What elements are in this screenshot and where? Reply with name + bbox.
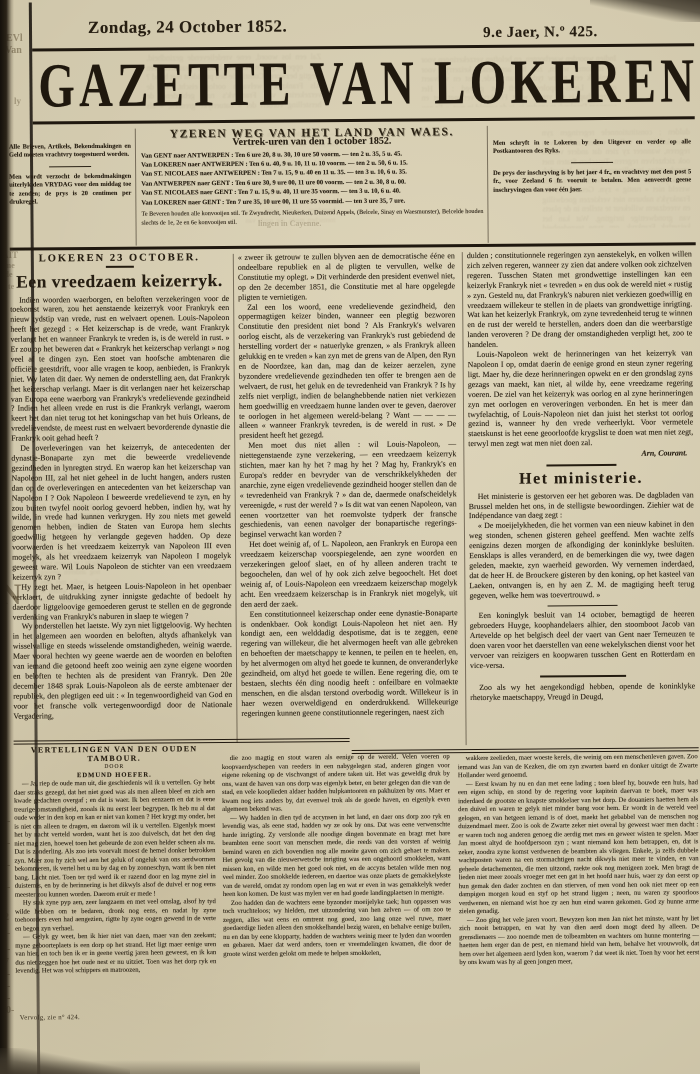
article-paragraph: Hy zegt het. Maer, is hetgeen Louis-Napo… [12, 581, 231, 622]
feuilleton-body: — Ja, riep de oude man uit, die geschied… [14, 779, 217, 976]
continuation-note: Vervolg, zie n° 424. [20, 1014, 80, 1021]
vertical-rule [135, 129, 137, 246]
ministry-body: Het ministerie is gestorven eer het gebo… [469, 490, 695, 601]
page-left-edge-shadow [0, 0, 14, 1074]
story-paragraph: — Zoo ging het vele jaren voort. Bewyzen… [459, 915, 699, 968]
railway-stops-note: Te Beveren houden alle konvooijen stil. … [141, 208, 483, 228]
section-divider [547, 604, 617, 606]
column-rule [232, 254, 237, 743]
article-headline: Een vreedzaem keizerryk. [10, 270, 229, 291]
article-paragraph: « De moeijelykheden, die het vormen van … [469, 520, 695, 601]
price-notice: De prys der inschryving is by het jaer 4… [493, 168, 691, 194]
railway-schedule: Van GENT naer ANTWERPEN : Ten 6 ure 20, … [141, 149, 483, 208]
announcement-paragraph: Zoo als wy het aengekondigd hebben, open… [470, 681, 695, 703]
masthead-left-block: Alle Brieven, Artikels, Bekendmakingen e… [9, 129, 132, 209]
feuilleton-body: wakkere zeelieden, maer woeste kerels, d… [458, 753, 700, 967]
article-body: « zweer ik getrouw te zullen blyven aen … [238, 251, 459, 718]
source-attribution: Arn, Courant. [468, 448, 693, 460]
advertising-notice: Men wordt verzocht de bekendmakingen uit… [9, 173, 131, 207]
article-paragraph: Louis-Napoleon wekt de herinneringen van… [468, 348, 694, 449]
feuilleton-column-1: VERTELLINGEN VAN DEN OUDEN TAMBOUR. DOOR… [14, 745, 217, 1011]
page-bottom-edge-shadow [0, 1060, 420, 1074]
feuilleton-body: die zoo magtig en stout waren als eenige… [222, 753, 452, 959]
article-paragraph: dulden ; constitutionnele regeringen zyn… [467, 249, 693, 350]
lead-column-1: LOKEREN 23 OCTOBER. Een vreedzaem keizer… [10, 253, 233, 747]
article-body: Indien woorden waerborgen, en beloften v… [10, 293, 232, 721]
story-paragraph: die zoo magtig en stout waren als eenige… [222, 753, 450, 814]
masthead-railway-block: YZEREN WEG VAN HET LAND VAN WAES. Vertre… [141, 126, 484, 228]
article-paragraph: Men moet dus niet allen : wil Louis-Napo… [239, 439, 457, 540]
article-paragraph: Zal een los woord, eene vredelievende ge… [238, 301, 456, 441]
article-paragraph: Indien woorden waerborgen, en beloften v… [10, 293, 230, 443]
vertical-rule [487, 126, 489, 243]
article-paragraph: Een constitutionneel keizerschap onder e… [241, 608, 459, 719]
story-paragraph: Zoo hadden dan de wachters eene byzonder… [223, 898, 451, 959]
small-divider [49, 166, 91, 168]
newspaper-title: GAZETTE VAN LOKEREN [38, 46, 655, 122]
feuilleton-column-2: die zoo magtig en stout waren als eenige… [222, 753, 452, 1017]
issue-date: Zondag, 24 October 1852. [88, 16, 287, 38]
masthead-right-block: Men schryft in te Lokeren by den Uitgeve… [493, 124, 692, 196]
scan-corner-shadow [590, 0, 700, 22]
story-paragraph: — Eerst kwam hy nu en dan met eene ladin… [458, 779, 699, 917]
lead-column-2: « zweer ik getrouw te zullen blyven aen … [238, 251, 459, 745]
small-divider [571, 162, 613, 164]
scan-tilt-wrapper: Zal een los woord, eene vredelievende ge… [0, 0, 700, 1074]
story-paragraph: — Wy hadden in dien tyd de accynsen in h… [222, 813, 451, 900]
schedule-line: Van LOKEREN naer GENT : Ten 7 ure 35, 10… [141, 196, 483, 208]
section-dateline: LOKEREN 23 OCTOBER. [10, 253, 229, 265]
article-paragraph: Het doet weinig af, of L. Napoleon, aen … [240, 538, 458, 609]
section-divider-thick [540, 674, 626, 677]
ministry-headline: Het ministerie. [468, 469, 693, 489]
section-divider [546, 464, 616, 466]
newspaper-scan-page: { "header": { "date": "Zondag, 24 Octobe… [0, 0, 700, 1074]
lead-column-3: dulden ; constitutionnele regeringen zyn… [467, 249, 696, 747]
article-paragraph: De overleveringen van het keizerryk, de … [11, 442, 231, 582]
issue-number: 9.e Jaer, N.º 425. [483, 24, 598, 42]
story-paragraph: — Ja, riep de oude man uit, die geschied… [14, 779, 216, 900]
story-paragraph: wakkere zeelieden, maer woeste kerels, d… [458, 753, 698, 780]
story-paragraph: — Gelyk gy weet, ben ik hier niet van da… [15, 932, 216, 976]
article-paragraph: Wy onderstellen het laetste. Wy zyn niet… [13, 620, 233, 721]
feuilleton-column-3: wakkere zeelieden, maer woeste kerels, d… [458, 753, 700, 1069]
feuilleton-title: VERTELLINGEN VAN DEN OUDEN TAMBOUR. [14, 745, 215, 764]
submission-notice: Alle Brieven, Artikels, Bekendmakingen e… [9, 143, 131, 161]
small-divider [105, 266, 133, 268]
story-paragraph: Hy stak zyne pyp aen, zeer langzaem en m… [15, 898, 216, 934]
article-paragraph: Het ministerie is gestorven eer het gebo… [469, 490, 694, 521]
article-paragraph: « zweer ik getrouw te zullen blyven aen … [238, 251, 455, 302]
column-rule [461, 252, 466, 745]
subscription-notice: Men schryft in te Lokeren by den Uitgeve… [493, 138, 691, 156]
royal-decree-paragraph: Een koninglyk besluit van 14 october, be… [470, 609, 695, 670]
